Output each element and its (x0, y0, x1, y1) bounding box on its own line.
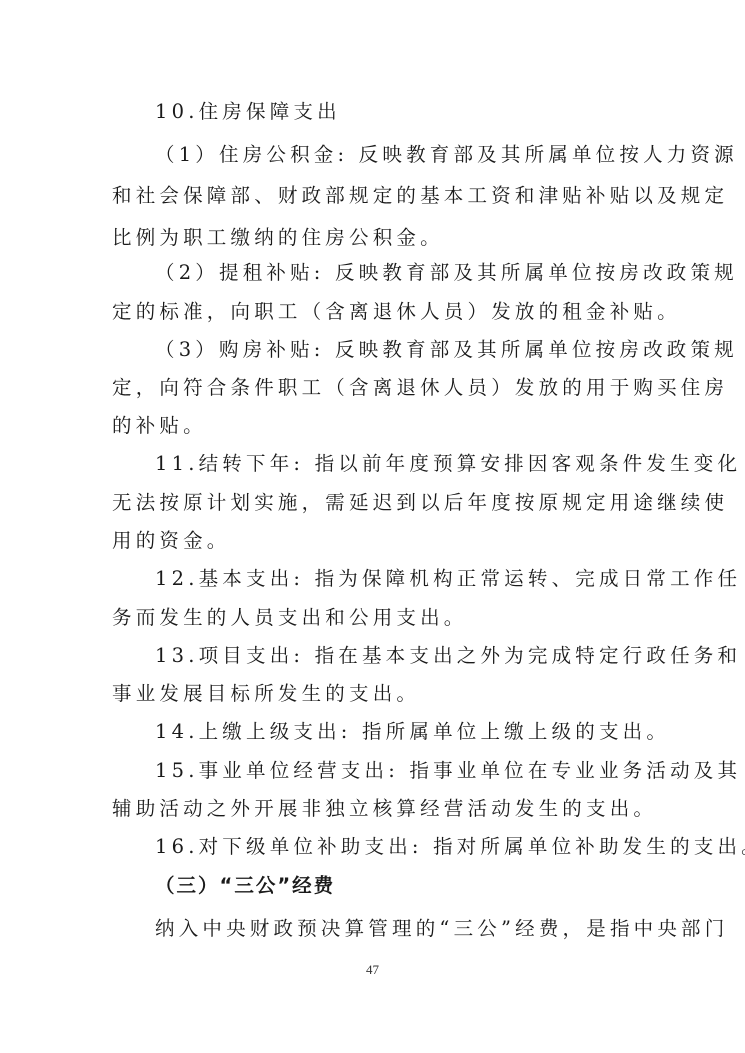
text-line: （2）提租补贴: 反映教育部及其所属单位按房改政策规 (155, 261, 634, 285)
text-line: 15.事业单位经营支出: 指事业单位在专业业务活动及其 (155, 759, 634, 783)
text-line: 10.住房保障支出 (155, 100, 634, 124)
text-line: 用的资金。 (112, 529, 634, 553)
page-number: 47 (0, 962, 745, 978)
text-line: 比例为职工缴纳的住房公积金。 (112, 226, 634, 250)
text-line: 事业发展目标所发生的支出。 (112, 682, 634, 706)
text-line: （3）购房补贴: 反映教育部及其所属单位按房改政策规 (155, 338, 634, 362)
text-line: 辅助活动之外开展非独立核算经营活动发生的支出。 (112, 797, 634, 821)
text-line: 16.对下级单位补助支出: 指对所属单位补助发生的支出。 (155, 835, 634, 859)
text-line: 13.项目支出: 指在基本支出之外为完成特定行政任务和 (155, 644, 634, 668)
text-line: 定的标准，向职工（含离退休人员）发放的租金补贴。 (112, 300, 634, 324)
section-heading: （三）“三公”经费 (155, 874, 634, 898)
text-line: 12.基本支出: 指为保障机构正常运转、完成日常工作任 (155, 567, 634, 591)
text-line: 14.上缴上级支出: 指所属单位上缴上级的支出。 (155, 720, 634, 744)
text-line: （1）住房公积金: 反映教育部及其所属单位按人力资源 (155, 143, 634, 167)
text-line: 11.结转下年: 指以前年度预算安排因客观条件发生变化 (155, 452, 634, 476)
text-line: 和社会保障部、财政部规定的基本工资和津贴补贴以及规定 (112, 184, 634, 208)
text-line: 无法按原计划实施，需延迟到以后年度按原规定用途继续使 (112, 491, 634, 515)
text-line: 的补贴。 (112, 414, 634, 438)
text-line: 定，向符合条件职工（含离退休人员）发放的用于购买住房 (112, 376, 634, 400)
document-page: 10.住房保障支出（1）住房公积金: 反映教育部及其所属单位按人力资源和社会保障… (0, 0, 745, 1053)
text-line: 纳入中央财政预决算管理的“三公”经费，是指中央部门 (155, 917, 634, 941)
text-line: 务而发生的人员支出和公用支出。 (112, 606, 634, 630)
